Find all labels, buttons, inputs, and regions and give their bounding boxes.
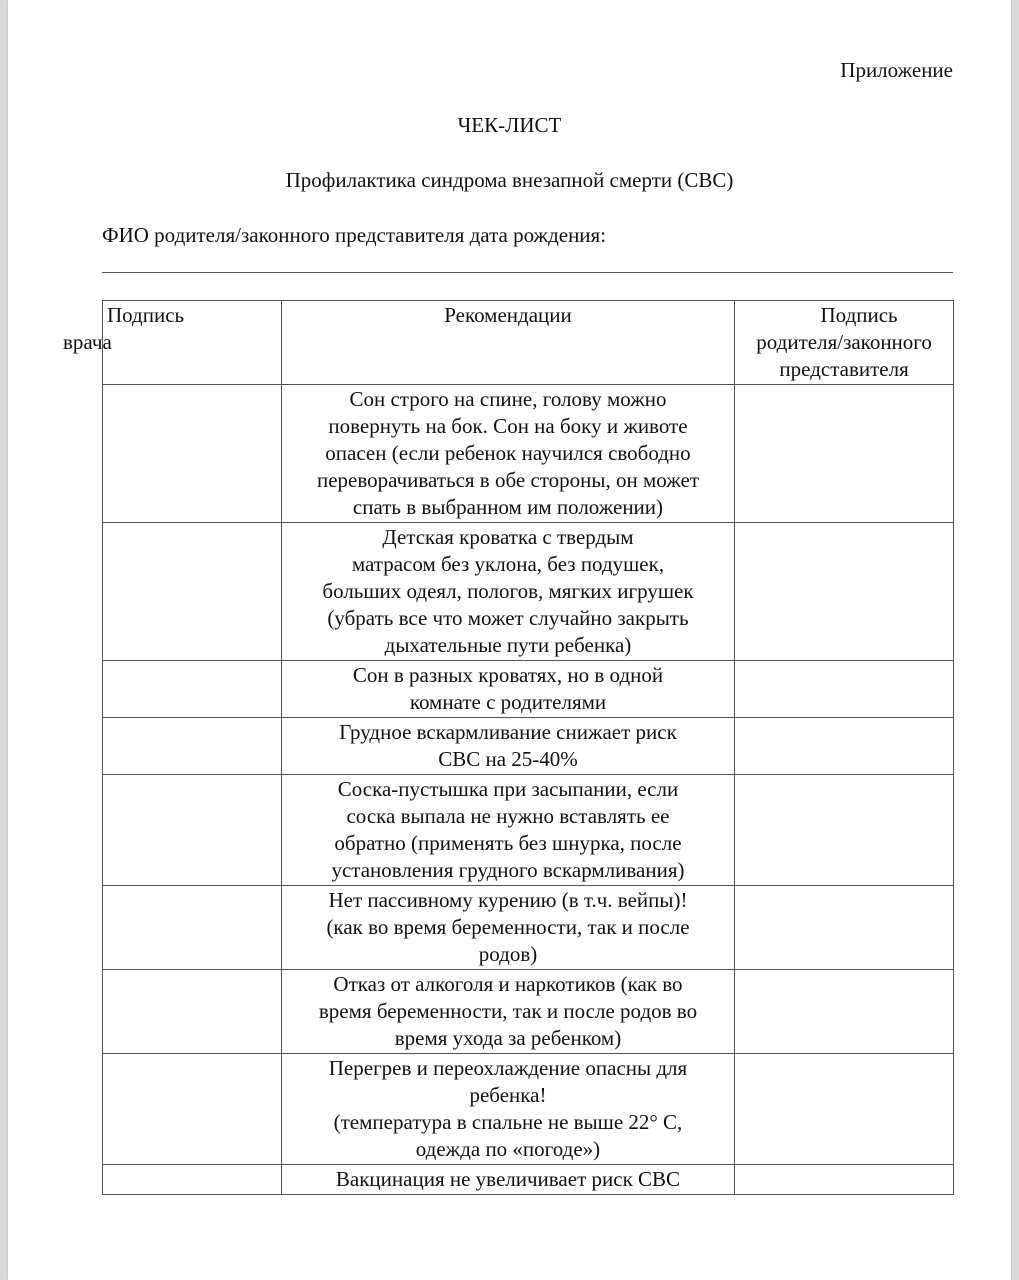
table-row: Сон в разных кроватях, но в одной комнат…	[103, 661, 954, 718]
header-recommendations: Рекомендации	[281, 301, 734, 385]
recommendation-cell: Детская кроватка с твердым матрасом без …	[281, 523, 734, 661]
table-row: Соска-пустышка при засыпании, если соска…	[103, 775, 954, 886]
parent-signature-cell[interactable]	[735, 1165, 954, 1195]
doctor-signature-cell[interactable]	[103, 661, 282, 718]
recommendation-cell: Вакцинация не увеличивает риск СВС	[281, 1165, 734, 1195]
table-row: Детская кроватка с твердым матрасом без …	[103, 523, 954, 661]
doctor-signature-cell[interactable]	[103, 775, 282, 886]
recommendation-cell: Соска-пустышка при засыпании, если соска…	[281, 775, 734, 886]
parent-signature-cell[interactable]	[735, 523, 954, 661]
table-row: Нет пассивному курению (в т.ч. вейпы)! (…	[103, 886, 954, 970]
table-row: Грудное вскармливание снижает риск СВС н…	[103, 718, 954, 775]
doctor-signature-cell[interactable]	[103, 1165, 282, 1195]
recommendation-cell: Отказ от алкоголя и наркотиков (как во в…	[281, 970, 734, 1054]
parent-signature-cell[interactable]	[735, 775, 954, 886]
doctor-signature-cell[interactable]	[103, 970, 282, 1054]
document-title: ЧЕК-ЛИСТ	[8, 113, 1011, 138]
parent-signature-cell[interactable]	[735, 886, 954, 970]
doctor-signature-cell[interactable]	[103, 886, 282, 970]
doctor-signature-cell[interactable]	[103, 718, 282, 775]
table-header-row: Подпись врача Рекомендации Подпись родит…	[103, 301, 954, 385]
doctor-signature-cell[interactable]	[103, 385, 282, 523]
appendix-label: Приложение	[840, 58, 953, 83]
table-row: Перегрев и переохлаждение опасны для реб…	[103, 1054, 954, 1165]
recommendation-cell: Перегрев и переохлаждение опасны для реб…	[281, 1054, 734, 1165]
doctor-signature-cell[interactable]	[103, 523, 282, 661]
checklist-table: Подпись врача Рекомендации Подпись родит…	[102, 300, 954, 1195]
table-row: Вакцинация не увеличивает риск СВС	[103, 1165, 954, 1195]
recommendation-cell: Сон в разных кроватях, но в одной комнат…	[281, 661, 734, 718]
parent-signature-cell[interactable]	[735, 661, 954, 718]
header-doctor-signature-line1: Подпись	[107, 303, 184, 327]
parent-signature-cell[interactable]	[735, 718, 954, 775]
fio-fill-line[interactable]	[102, 272, 953, 273]
parent-signature-cell[interactable]	[735, 1054, 954, 1165]
header-doctor-signature: Подпись врача	[103, 301, 282, 385]
header-parent-signature-line1: Подпись	[739, 302, 949, 329]
header-parent-signature: Подпись родителя/законного представителя	[735, 301, 954, 385]
document-page: Приложение ЧЕК-ЛИСТ Профилактика синдром…	[8, 0, 1011, 1280]
parent-signature-cell[interactable]	[735, 970, 954, 1054]
document-subtitle: Профилактика синдрома внезапной смерти (…	[8, 168, 1011, 193]
table-row: Сон строго на спине, голову можно поверн…	[103, 385, 954, 523]
recommendation-cell: Грудное вскармливание снижает риск СВС н…	[281, 718, 734, 775]
recommendation-cell: Сон строго на спине, голову можно поверн…	[281, 385, 734, 523]
recommendation-cell: Нет пассивному курению (в т.ч. вейпы)! (…	[281, 886, 734, 970]
header-parent-signature-line3: представителя	[739, 356, 949, 383]
header-doctor-signature-line2: врача	[63, 329, 277, 356]
doctor-signature-cell[interactable]	[103, 1054, 282, 1165]
fio-label: ФИО родителя/законного представителя дат…	[102, 223, 606, 248]
parent-signature-cell[interactable]	[735, 385, 954, 523]
header-parent-signature-line2: родителя/законного	[739, 329, 949, 356]
table-row: Отказ от алкоголя и наркотиков (как во в…	[103, 970, 954, 1054]
